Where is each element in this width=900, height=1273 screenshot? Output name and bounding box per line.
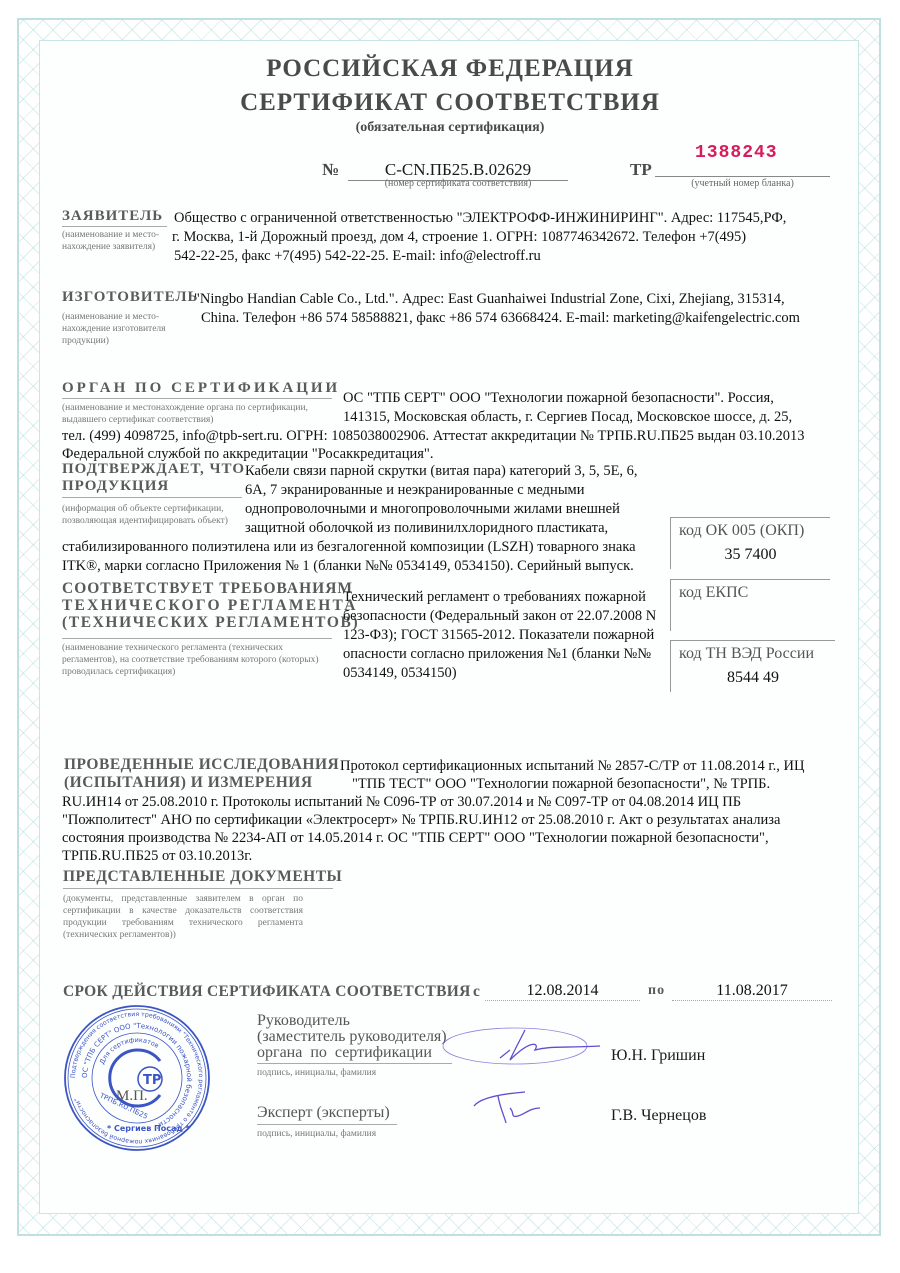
certificate-number-caption: (номер сертификата соответствия)	[348, 178, 568, 189]
regulations-line-5: 0534149, 0534150)	[343, 664, 457, 683]
tp-label: ТР	[630, 160, 652, 180]
validity-from-date: 12.08.2014	[485, 981, 640, 1001]
head-caption: подпись, инициалы, фамилия	[257, 1067, 376, 1079]
applicant-heading: ЗАЯВИТЕЛЬ	[62, 208, 163, 225]
certification-body-heading: ОРГАН ПО СЕРТИФИКАЦИИ	[62, 380, 340, 397]
tests-heading-2: (ИСПЫТАНИЯ) И ИЗМЕРЕНИЯ	[64, 774, 313, 792]
okp-code-value: 35 7400	[671, 546, 830, 564]
validity-heading: СРОК ДЕЙСТВИЯ СЕРТИФИКАТА СООТВЕТСТВИЯ	[63, 983, 471, 1001]
expert-signature-rule	[257, 1124, 397, 1125]
product-heading-2: ПРОДУКЦИЯ	[62, 478, 169, 495]
product-heading-1: ПОДТВЕРЖДАЕТ, ЧТО	[62, 461, 245, 478]
applicant-line-3: 542-22-25, факс +7(495) 542-22-25. E-mai…	[174, 247, 541, 266]
regulations-line-1: Технический регламент о требованиях пожа…	[343, 588, 646, 607]
documents-caption: (документы, представленные заявителем в …	[63, 893, 303, 941]
tests-line-1: Протокол сертификационных испытаний № 28…	[340, 757, 805, 776]
ekps-code-label: код ЕКПС	[679, 584, 830, 602]
product-line-1: Кабели связи парной скрутки (витая пара)…	[245, 462, 638, 481]
product-line-6: ITK®, марки согласно Приложения № 1 (бла…	[62, 557, 634, 576]
tests-line-2: "ТПБ ТЕСТ" ООО "Технологии пожарной безо…	[352, 775, 770, 794]
ekps-code-box: код ЕКПС	[670, 579, 830, 631]
regulations-line-3: 123-ФЗ); ГОСТ 31565-2012. Показатели пож…	[343, 626, 654, 645]
country-title: РОССИЙСКАЯ ФЕДЕРАЦИЯ	[0, 55, 900, 83]
blank-number-rule	[655, 176, 830, 177]
certification-body-line-1: ОС "ТПБ СЕРТ" ООО "Технологии пожарной б…	[343, 389, 774, 408]
regulations-heading-3: (ТЕХНИЧЕСКИХ РЕГЛАМЕНТОВ)	[62, 614, 359, 632]
applicant-line-2: г. Москва, 1-й Дорожный проезд, дом 4, с…	[172, 228, 746, 247]
manufacturer-line-1: "Ningbo Handian Cable Co., Ltd.". Адрес:…	[194, 290, 785, 309]
applicant-heading-rule	[62, 226, 167, 227]
certification-body-caption: (наименование и местонахождение органа п…	[62, 402, 337, 426]
tests-line-4: "Пожполитест" АНО по сертификации «Элект…	[62, 811, 780, 830]
product-heading-rule	[62, 497, 242, 498]
tnved-code-label: код ТН ВЭД России	[679, 645, 835, 663]
regulations-caption: (наименование технического регламента (т…	[62, 642, 337, 678]
head-signature-icon	[440, 1020, 620, 1070]
document-subtitle: (обязательная сертификация)	[0, 120, 900, 136]
tnved-code-value: 8544 49	[671, 669, 835, 687]
certification-body-rule	[62, 398, 332, 399]
applicant-caption: (наименование и место-нахождение заявите…	[62, 229, 170, 253]
head-name: Ю.Н. Гришин	[611, 1047, 705, 1065]
blank-number-caption: (учетный номер бланка)	[655, 178, 830, 189]
validity-to-label: по	[648, 983, 665, 999]
tests-line-5: состояния производства № 2234-АП от 14.0…	[62, 829, 769, 848]
product-line-5: стабилизированного полиэтилена или из бе…	[62, 538, 636, 557]
okp-code-label: код ОК 005 (ОКП)	[679, 522, 830, 540]
number-sign: №	[322, 160, 339, 180]
expert-name: Г.В. Чернецов	[611, 1107, 706, 1125]
tests-heading-1: ПРОВЕДЕННЫЕ ИССЛЕДОВАНИЯ	[64, 756, 339, 774]
validity-from-label: с	[473, 983, 481, 1001]
certification-body-line-2: 141315, Московская область, г. Сергиев П…	[343, 408, 792, 427]
expert-label: Эксперт (эксперты)	[257, 1105, 390, 1121]
regulations-heading-1: СООТВЕТСТВУЕТ ТРЕБОВАНИЯМ	[62, 580, 353, 598]
manufacturer-line-2: China. Телефон +86 574 58588821, факс +8…	[201, 309, 800, 328]
blank-number: 1388243	[695, 143, 778, 163]
tests-line-6: ТРПБ.RU.ПБ25 от 03.10.2013г.	[62, 847, 252, 866]
svg-text:* Сергиев Посад *: * Сергиев Посад *	[107, 1124, 191, 1133]
head-signature-rule	[257, 1063, 452, 1064]
regulations-heading-2: ТЕХНИЧЕСКОГО РЕГЛАМЕНТА	[62, 597, 358, 615]
applicant-line-1: Общество с ограниченной ответственностью…	[174, 209, 786, 228]
manufacturer-caption: (наименование и место-нахождение изготов…	[62, 311, 182, 347]
head-label-2: (заместитель руководителя)	[257, 1029, 447, 1045]
expert-caption: подпись, инициалы, фамилия	[257, 1128, 376, 1140]
document-title: СЕРТИФИКАТ СООТВЕТСТВИЯ	[0, 89, 900, 117]
official-stamp-icon: Подтверждения соответствия требованиям "…	[62, 1003, 212, 1153]
head-label-1: Руководитель	[257, 1013, 350, 1029]
certification-body-line-3: тел. (499) 4098725, info@tpb-sert.ru. ОГ…	[62, 427, 805, 446]
regulations-heading-rule	[62, 638, 332, 639]
certificate-page: РОССИЙСКАЯ ФЕДЕРАЦИЯ СЕРТИФИКАТ СООТВЕТС…	[0, 0, 900, 1273]
stamp-place-label: М.П.	[116, 1088, 148, 1105]
documents-heading-rule	[63, 888, 333, 889]
regulations-line-2: безопасности (Федеральный закон от 22.07…	[343, 607, 656, 626]
okp-code-box: код ОК 005 (ОКП) 35 7400	[670, 517, 830, 569]
expert-signature-icon	[470, 1088, 560, 1128]
svg-text:ТР: ТР	[143, 1073, 161, 1088]
tests-line-3: RU.ИН14 от 25.08.2010 г. Протоколы испыт…	[62, 793, 741, 812]
regulations-line-4: опасности согласно приложения №1 (бланки…	[343, 645, 651, 664]
product-caption: (информация об объекте сертификации, поз…	[62, 503, 247, 527]
product-line-3: однопроволочными и многопроволочными жил…	[245, 500, 620, 519]
tnved-code-box: код ТН ВЭД России 8544 49	[670, 640, 835, 692]
validity-to-date: 11.08.2017	[672, 981, 832, 1001]
product-line-2: 6A, 7 экранированные и неэкранированные …	[245, 481, 585, 500]
product-line-4: защитной оболочкой из поливинилхлоридног…	[245, 519, 608, 538]
documents-heading: ПРЕДСТАВЛЕННЫЕ ДОКУМЕНТЫ	[63, 868, 342, 886]
head-label-3: органа по сертификации	[257, 1045, 432, 1061]
manufacturer-heading: ИЗГОТОВИТЕЛЬ	[62, 289, 198, 306]
